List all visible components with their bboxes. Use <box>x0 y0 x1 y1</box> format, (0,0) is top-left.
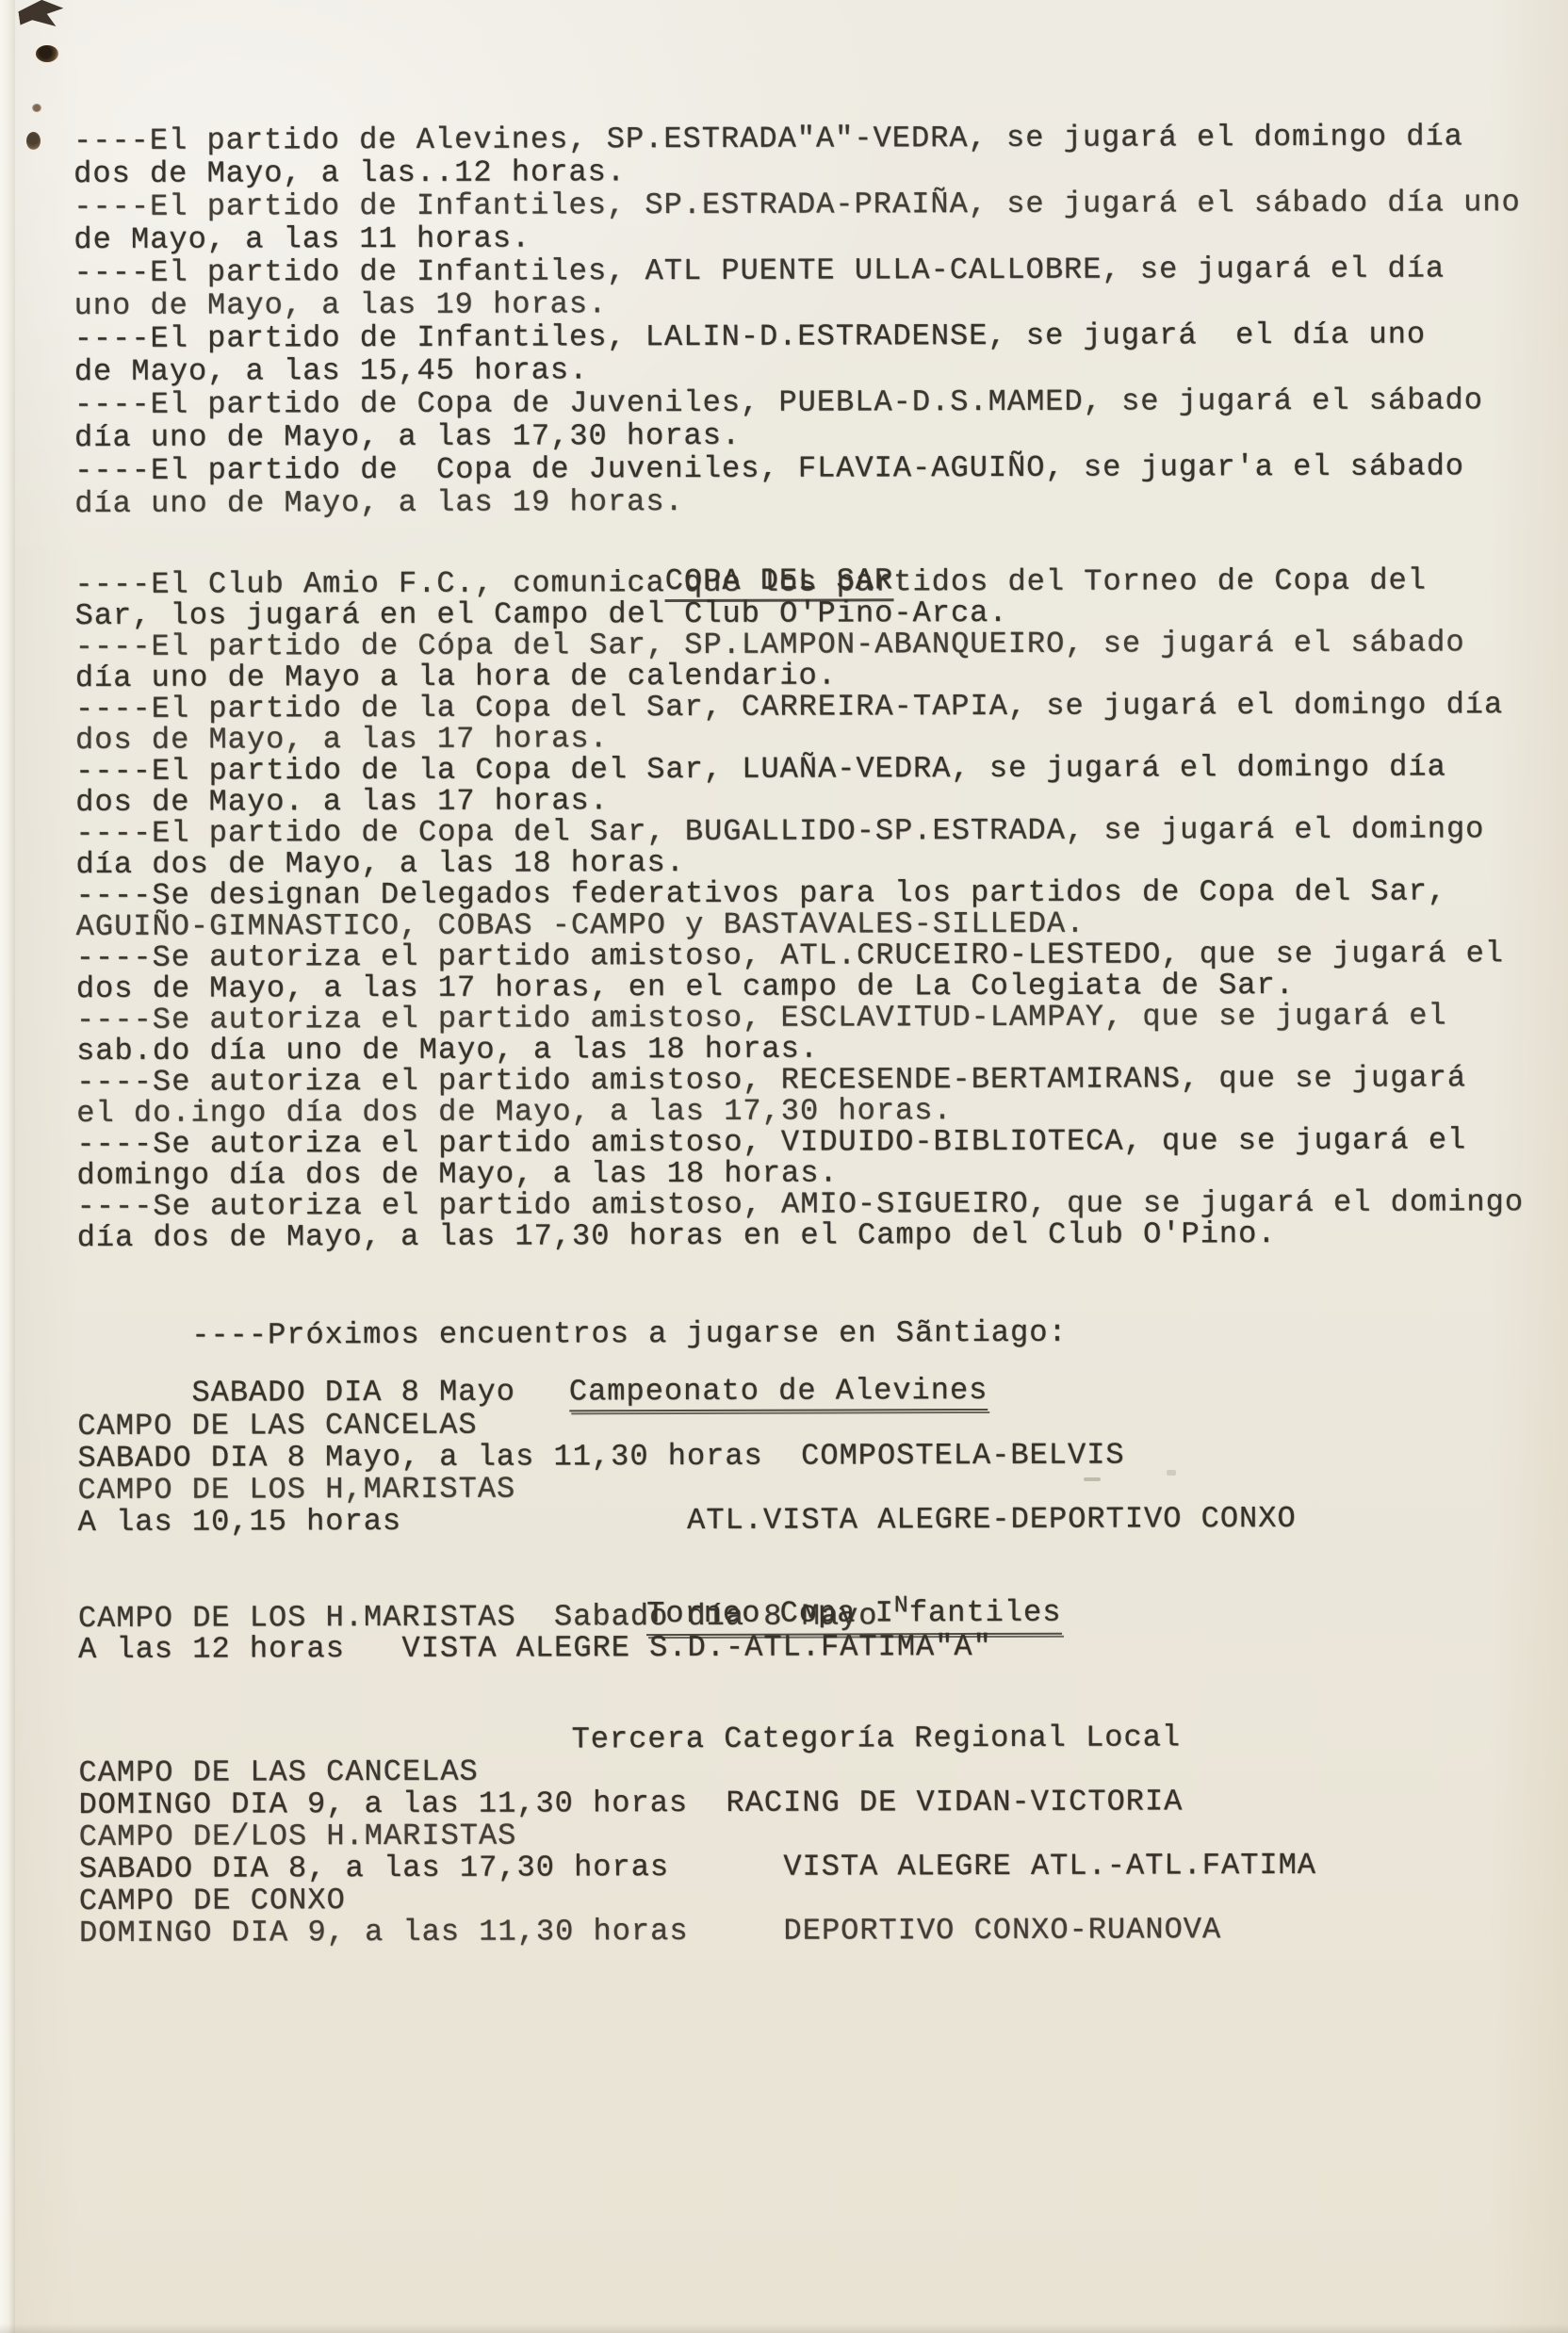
text-line: CAMPO DE LOS H,MARISTAS <box>77 1470 1568 1507</box>
text-line: SABADO DIA 8 Mayo, a las 11,30 horas COM… <box>77 1438 1568 1475</box>
text-line: SABADO DIA 8, a las 17,30 horas VISTA AL… <box>79 1849 1568 1885</box>
text-line: CAMPO DE/LOS H.MARISTAS <box>79 1817 1568 1853</box>
text-line: ----Se designan Delegados federativos pa… <box>75 875 1568 911</box>
typewritten-text-layer: ----El partido de Alevines, SP.ESTRADA"A… <box>0 0 1568 2333</box>
text-line: ----El partido de Cópa del Sar, SP.LAMPO… <box>75 627 1568 662</box>
text-line: dos de Mayo, a las 17 horas. <box>75 720 1568 756</box>
section-federation-notes: ----El partido de Alevines, SP.ESTRADA"A… <box>73 120 1568 520</box>
text-line: CAMPO DE LAS CANCELAS <box>77 1406 1568 1443</box>
text-line: ----Se autoriza el partido amistoso, REC… <box>76 1062 1568 1098</box>
text-line: ----El Club Amio F.C., comunica que los … <box>74 564 1568 600</box>
text-line: ----Se autoriza el partido amistoso, AMI… <box>77 1186 1568 1222</box>
text-line: ----El partido de la Copa del Sar, CARRE… <box>75 689 1568 725</box>
text-line: día uno de Mayo, a las 19 horas. <box>74 482 1568 520</box>
text-line: ----Se autoriza el partido amistoso, ESC… <box>76 1000 1568 1036</box>
text-line: A las 10,15 horas ATL.VISTA ALEGRE-DEPOR… <box>78 1502 1568 1539</box>
text-line: ----Se autoriza el partido amistoso, ATL… <box>76 938 1568 973</box>
text-line: CAMPO DE LOS H.MARISTAS Sabado día 8 May… <box>78 1598 1568 1634</box>
section-tercera-schedule: CAMPO DE LAS CANCELASDOMINGO DIA 9, a la… <box>78 1753 1568 1950</box>
text-line: CAMPO DE CONXO <box>79 1881 1568 1917</box>
text-line: el do.ingo día dos de Mayo, a las 17,30 … <box>76 1093 1568 1129</box>
alevines-date-label: SABADO DIA 8 Mayo <box>191 1375 515 1411</box>
text-line: CAMPO DE LAS CANCELAS <box>78 1753 1568 1789</box>
tercera-heading: Tercera Categoría Regional Local <box>572 1720 1182 1756</box>
scanned-document-page: ----El partido de Alevines, SP.ESTRADA"A… <box>0 0 1568 2333</box>
section-copa-del-sar: ----El Club Amio F.C., comunica que los … <box>74 564 1568 1253</box>
section-infantiles-schedule: CAMPO DE LOS H.MARISTAS Sabado día 8 May… <box>78 1598 1568 1665</box>
text-line: ----El partido de Copa de Juveniles, PUE… <box>74 383 1568 421</box>
text-line: DOMINGO DIA 9, a las 11,30 horas DEPORTI… <box>79 1913 1568 1950</box>
text-line: ----El partido de Infantiles, LALIN-D.ES… <box>74 318 1568 355</box>
text-line: DOMINGO DIA 9, a las 11,30 horas RACING … <box>79 1785 1568 1821</box>
text-line: uno de Mayo, a las 19 horas. <box>74 285 1568 322</box>
alevines-heading: Campeonato de Alevines <box>569 1374 988 1411</box>
text-line: ----El partido de Alevines, SP.ESTRADA"A… <box>73 120 1568 157</box>
text-line: ----El partido de Infantiles, SP.ESTRADA… <box>73 186 1568 223</box>
text-line: ----El partido de Copa de Juveniles, FLA… <box>74 449 1568 487</box>
section-alevines-schedule: CAMPO DE LAS CANCELASSABADO DIA 8 Mayo, … <box>77 1406 1568 1539</box>
text-line: ----El partido de Infantiles, ATL PUENTE… <box>73 252 1568 289</box>
text-line: ----El partido de Copa del Sar, BUGALLID… <box>75 813 1568 849</box>
